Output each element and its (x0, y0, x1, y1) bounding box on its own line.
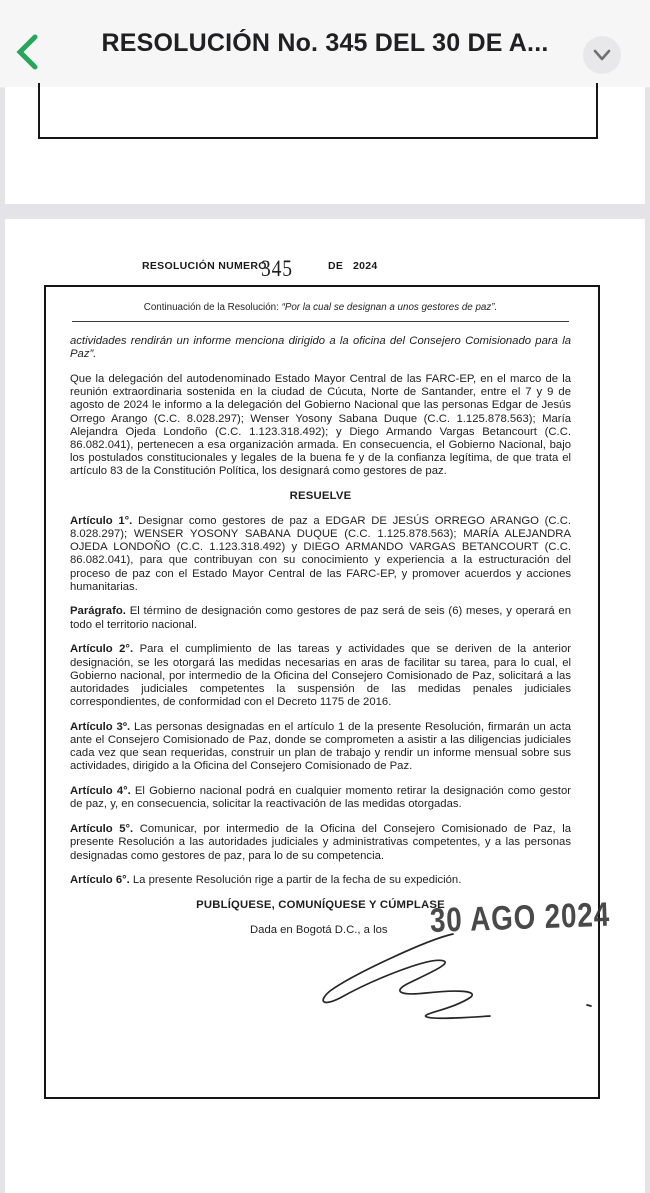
chevron-down-icon (592, 48, 612, 62)
document-frame: Continuación de la Resolución: “Por la c… (44, 285, 600, 1099)
document-paragraph: actividades rendirán un informe menciona… (70, 335, 571, 361)
page-previous (5, 87, 645, 204)
page-title: RESOLUCIÓN No. 345 DEL 30 DE A... (102, 29, 549, 58)
document-paragraph: Artículo 3º. Las personas designadas en … (70, 721, 571, 774)
document-paragraph: Que la delegación del autodenominado Est… (70, 373, 571, 479)
document-paragraph: Artículo 4°. El Gobierno nacional podrá … (70, 785, 571, 811)
collapse-button[interactable] (583, 36, 621, 74)
page-current: RESOLUCIÓN NUMERO 345 DE 2024 Continuaci… (5, 219, 645, 1193)
issued-line: Dada en Bogotá D.C., a los 30 AGO 2024 (70, 924, 571, 938)
signature-icon (294, 928, 604, 1028)
resolution-headline: RESOLUCIÓN NUMERO 345 DE 2024 (5, 255, 645, 289)
resolution-number-label: RESOLUCIÓN NUMERO (142, 260, 267, 272)
continuation-quote: “Por la cual se designan a unos gestores… (282, 302, 498, 313)
document-paragraph: Artículo 5°. Comunicar, por intermedio d… (70, 823, 571, 863)
de-label: DE (328, 260, 343, 272)
app-header: RESOLUCIÓN No. 345 DEL 30 DE A... (0, 0, 650, 88)
document-paragraph: Artículo 6°. La presente Resolución rige… (70, 874, 571, 887)
document-paragraph: Artículo 1°. Designar como gestores de p… (70, 515, 571, 594)
app-screen: RESOLUCIÓN No. 345 DEL 30 DE A... RESOLU… (0, 0, 650, 1193)
document-paragraph: RESUELVE (70, 490, 571, 503)
resolution-year: 2024 (353, 260, 378, 272)
document-body: actividades rendirán un informe menciona… (70, 335, 571, 912)
document-paragraph: Artículo 2°. Para el cumplimiento de las… (70, 643, 571, 709)
chevron-left-icon (14, 32, 40, 72)
resolution-number-stamp: 345 (261, 256, 293, 282)
back-button[interactable] (10, 30, 44, 74)
continuation-line: Continuación de la Resolución: “Por la c… (70, 302, 571, 314)
previous-page-frame (38, 83, 598, 139)
continuation-divider (72, 321, 569, 322)
document-paragraph: Parágrafo. El término de designación com… (70, 605, 571, 631)
continuation-prefix: Continuación de la Resolución: (144, 302, 282, 313)
